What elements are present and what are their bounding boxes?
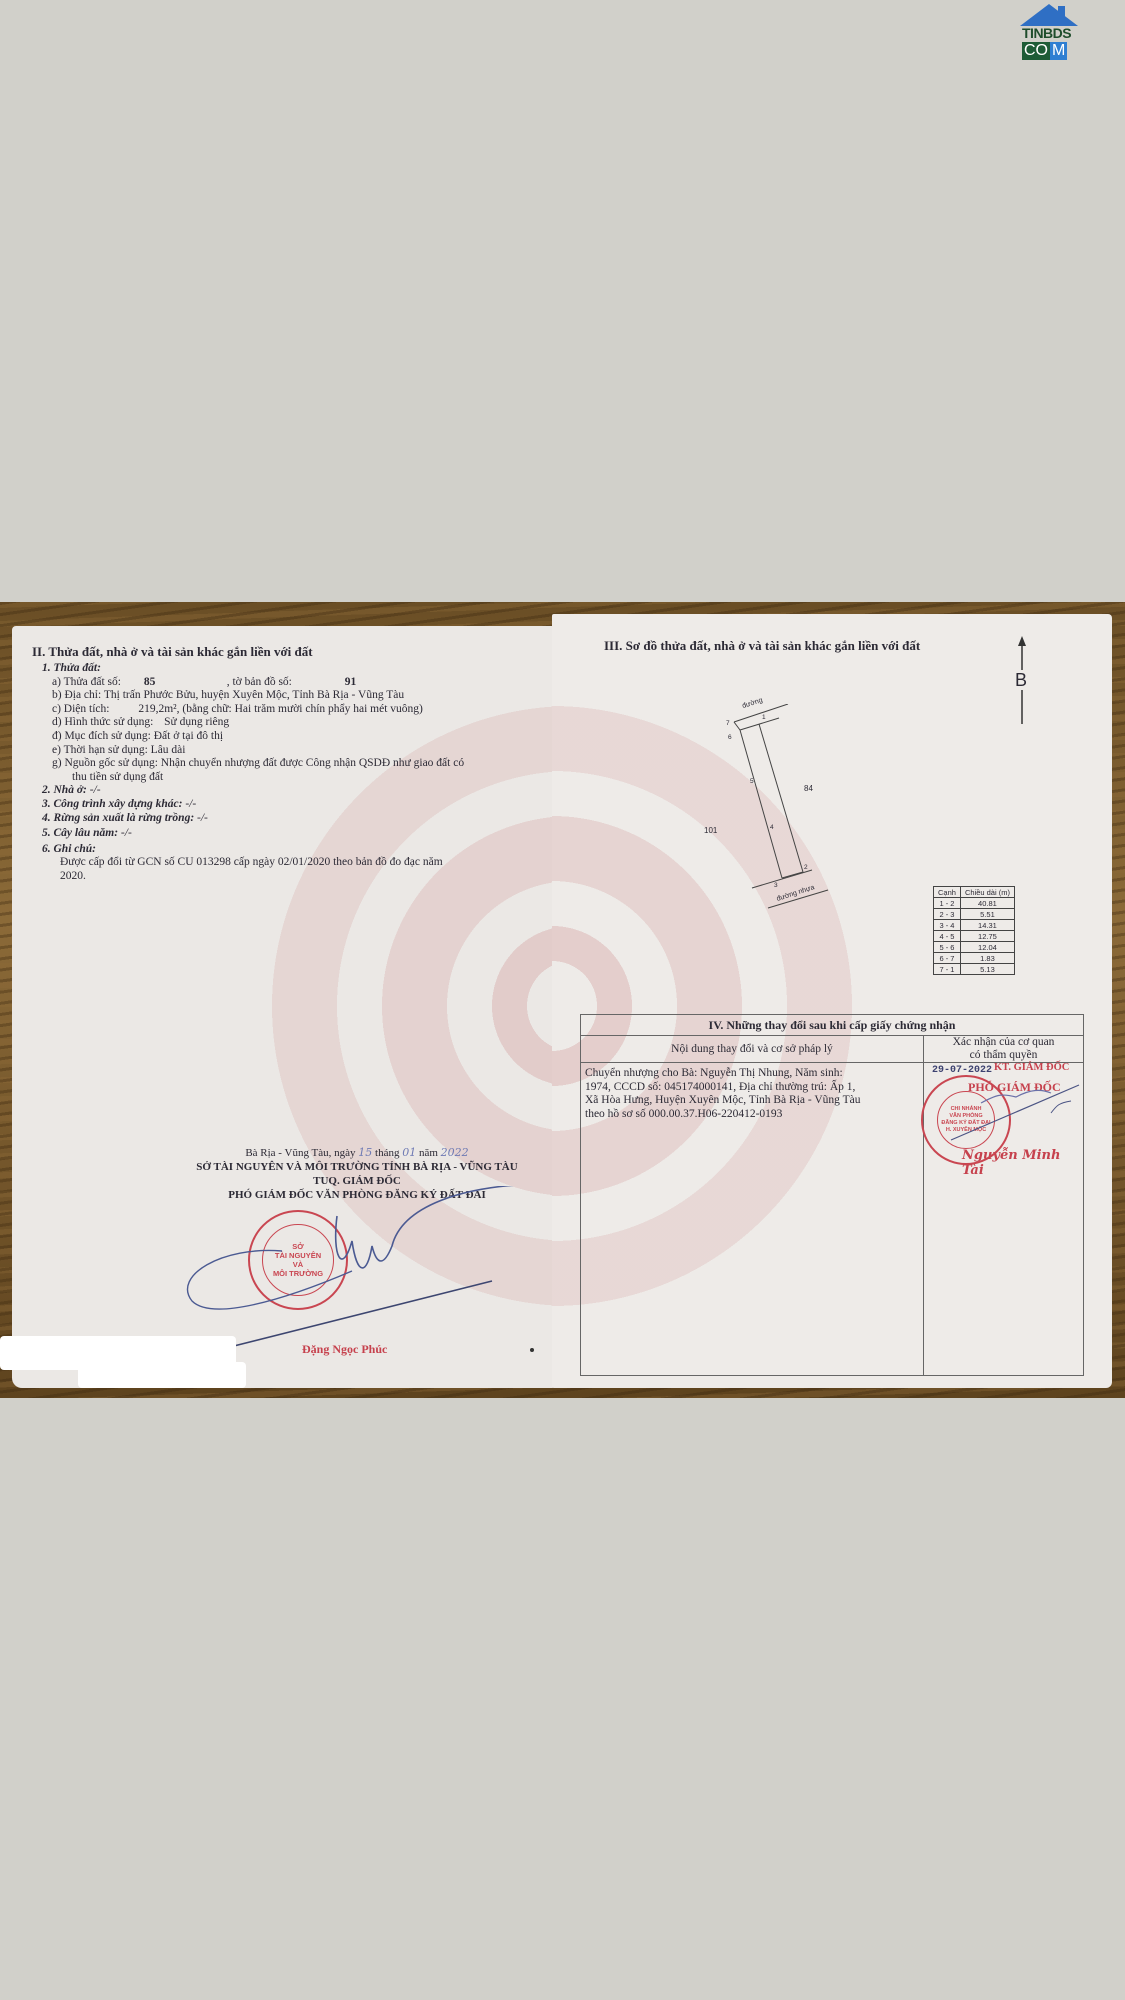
usage-form-value: Sử dụng riêng [156,716,229,728]
term-row: e) Thời hạn sử dụng: Lâu dài [42,744,542,758]
item-value: -/- [194,812,208,824]
term-value: Lâu dài [151,744,186,756]
table-row: 3 - 414.31 [934,920,1015,931]
issue-day: 15 [358,1146,372,1159]
item-row: 2. Nhà ở: -/- [42,784,542,798]
land-details: 1. Thửa đất: a) Thửa đất số: 85 , tờ bản… [42,662,542,884]
item-value: -/- [182,798,196,810]
table-row: 4 - 512.75 [934,931,1015,942]
issue-year: 2022 [441,1146,469,1159]
edge-length-table: CạnhChiều dài (m) 1 - 240.812 - 35.513 -… [933,886,1015,975]
table-row: 2 - 35.51 [934,909,1015,920]
logo-text-co: CO [1022,42,1050,60]
issuing-org: SỞ TÀI NGUYÊN VÀ MÔI TRƯỜNG TỈNH BÀ RỊA … [172,1160,542,1174]
table-cell: 5 - 6 [934,942,961,953]
item-row: 4. Rừng sản xuất là rừng trồng: -/- [42,812,542,826]
origin-label: g) Nguồn gốc sử dụng: [52,757,158,769]
item-label: 5. Cây lâu năm: [42,827,118,839]
place-date: Bà Rịa - Vũng Tàu, ngày 15 tháng 01 năm … [172,1146,542,1160]
term-label: e) Thời hạn sử dụng: [52,744,148,756]
item-label: 4. Rừng sản xuất là rừng trồng: [42,812,194,824]
note-line-1: Được cấp đổi từ GCN số CU 013298 cấp ngà… [42,856,542,870]
land-heading: 1. Thửa đất: [42,662,542,676]
issue-month: 01 [402,1146,416,1159]
address-row: b) Địa chỉ: Thị trấn Phước Bửu, huyện Xu… [42,689,542,703]
north-label: B [1015,670,1027,690]
table-cell: 5.13 [960,964,1014,975]
table-cell: 5.51 [960,909,1014,920]
table-header-cell: Cạnh [934,887,961,898]
purpose-value: Đất ở tại đô thị [154,730,223,742]
origin-row: g) Nguồn gốc sử dụng: Nhận chuyển nhượng… [42,757,542,771]
table-cell: 4 - 5 [934,931,961,942]
certificate-left-page: II. Thửa đất, nhà ở và tài sản khác gắn … [12,626,554,1388]
vertex-label: 4 [770,824,774,831]
logo-text-m: M [1050,42,1067,60]
table-cell: 1 - 2 [934,898,961,909]
section-iv-title: IV. Những thay đổi sau khi cấp giấy chứn… [581,1015,1083,1036]
item-value: -/- [87,784,101,796]
vertex-label: 7 [726,720,730,727]
logo-text-bottom: CO M [1022,42,1078,60]
vertex-label: 5 [750,778,754,785]
purpose-row: đ) Mục đích sử dụng: Đất ở tại đô thị [42,730,542,744]
section-iii-title: III. Sơ đồ thửa đất, nhà ở và tài sản kh… [604,638,920,654]
redacted-area-2 [78,1362,246,1388]
change-entry-line: theo hồ sơ số 000.00.37.H06-220412-0193 [585,1108,919,1122]
table-cell: 14.31 [960,920,1014,931]
change-content-header: Nội dung thay đổi và cơ sở pháp lý [581,1036,923,1063]
table-row: 5 - 612.04 [934,942,1015,953]
house-icon [1020,4,1078,26]
change-entry: Chuyển nhượng cho Bà: Nguyễn Thị Nhung, … [581,1063,923,1125]
edge-length-rows: 1 - 240.812 - 35.513 - 414.314 - 512.755… [934,898,1015,975]
table-cell: 12.75 [960,931,1014,942]
purpose-label: đ) Mục đích sử dụng: [52,730,151,742]
logo-text-top: TINBDS [1022,25,1071,41]
neighbor-parcel-left: 101 [704,826,717,835]
vertex-label: 6 [728,734,732,741]
issuer-handwritten-signature [162,1186,542,1356]
note-heading: 6. Ghi chú: [42,843,542,857]
address-value: Thị trấn Phước Bửu, huyện Xuyên Mộc, Tỉn… [104,689,404,701]
parcel-row: a) Thửa đất số: 85 , tờ bản đồ số: 91 [42,676,542,690]
vertex-label: 1 [762,714,766,721]
parcel-outline [712,704,852,914]
area-value: 219,2m², (bằng chữ: Hai trăm mười chín p… [112,703,423,715]
item-label: 2. Nhà ở: [42,784,87,796]
confirmation-header: Xác nhận của cơ quan có thẩm quyền [924,1036,1083,1063]
address-label: b) Địa chỉ: [52,689,101,701]
change-entry-line: 1974, CCCD số: 045174000141, Địa chỉ thư… [585,1081,919,1095]
item-row: 5. Cây lâu năm: -/- [42,827,542,841]
usage-form-row: d) Hình thức sử dụng: Sử dụng riêng [42,716,542,730]
vertex-label: 3 [774,882,778,889]
table-cell: 40.81 [960,898,1014,909]
ink-dot [530,1348,534,1352]
table-cell: 12.04 [960,942,1014,953]
area-label: c) Diện tích: [52,703,109,715]
certificate-right-page: III. Sơ đồ thửa đất, nhà ở và tài sản kh… [552,614,1112,1388]
table-cell: 7 - 1 [934,964,961,975]
table-cell: 3 - 4 [934,920,961,931]
year-label: năm [419,1147,438,1159]
area-row: c) Diện tích: 219,2m², (bằng chữ: Hai tr… [42,703,542,717]
table-row: 7 - 15.13 [934,964,1015,975]
edge-length-header: CạnhChiều dài (m) [934,887,1015,898]
confirmation-handwritten-signature [881,1065,1081,1145]
item-label: 3. Công trình xây dựng khác: [42,798,182,810]
table-row: 6 - 71.83 [934,953,1015,964]
note-line-2: 2020. [42,870,542,884]
vertex-label: 2 [804,864,808,871]
confirmation-header-line-1: Xác nhận của cơ quan [924,1036,1083,1049]
place-date-prefix: Bà Rịa - Vũng Tàu, ngày [245,1147,355,1159]
other-items: 2. Nhà ở: -/-3. Công trình xây dựng khác… [42,784,542,840]
table-cell: 1.83 [960,953,1014,964]
origin-continued: thu tiền sử dụng đất [42,771,542,785]
section-iv-changes: IV. Những thay đổi sau khi cấp giấy chứn… [580,1014,1084,1376]
table-row: 1 - 240.81 [934,898,1015,909]
table-cell: 6 - 7 [934,953,961,964]
confirmation-header-line-2: có thẩm quyền [924,1049,1083,1062]
month-label: tháng [375,1147,399,1159]
chimney-shape [1058,6,1065,18]
change-entry-line: Chuyển nhượng cho Bà: Nguyễn Thị Nhung, … [585,1067,919,1081]
tinbds-logo: TINBDS CO M [1018,4,1080,62]
change-content-column: Nội dung thay đổi và cơ sở pháp lý Chuyể… [581,1036,924,1375]
item-value: -/- [118,827,132,839]
issuer-signer-name: Đặng Ngọc Phúc [302,1342,387,1357]
table-header-cell: Chiều dài (m) [960,887,1014,898]
map-number: 91 [295,676,357,690]
section-ii-title: II. Thửa đất, nhà ở và tài sản khác gắn … [32,644,313,660]
certificate-photo: II. Thửa đất, nhà ở và tài sản khác gắn … [0,602,1125,1398]
origin-value: Nhận chuyển nhượng đất được Công nhận QS… [161,757,464,769]
change-entry-line: Xã Hòa Hưng, Huyện Xuyên Mộc, Tỉnh Bà Rị… [585,1094,919,1108]
neighbor-parcel-right: 84 [804,784,813,793]
map-label: , tờ bản đồ số: [227,676,292,688]
parcel-diagram: đường đường nhựa 101 84 1234567 [712,704,852,914]
item-row: 3. Công trình xây dựng khác: -/- [42,798,542,812]
table-cell: 2 - 3 [934,909,961,920]
usage-form-label: d) Hình thức sử dụng: [52,716,153,728]
parcel-label: a) Thửa đất số: [52,676,121,688]
parcel-number: 85 [124,676,224,690]
